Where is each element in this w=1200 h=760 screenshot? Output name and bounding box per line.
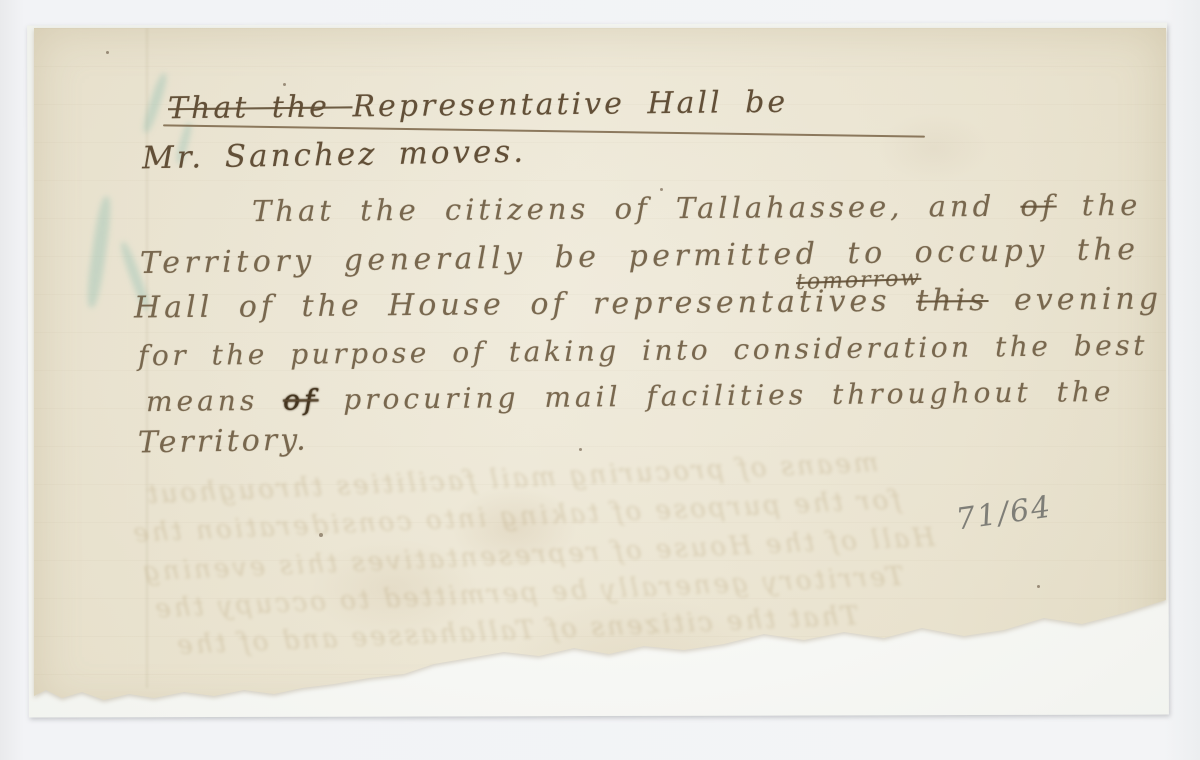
line-text: Hall of the House of representatives xyxy=(134,284,916,326)
blotted-struck-text: of xyxy=(283,383,319,416)
line-text: Territory. xyxy=(138,423,309,461)
struck-text: of xyxy=(1020,188,1056,222)
foxing-speck xyxy=(106,51,109,54)
struck-text: this xyxy=(916,283,989,319)
teal-smudge xyxy=(84,196,113,309)
handwriting-line-8: Territory. xyxy=(138,423,309,461)
struck-text: That the xyxy=(168,89,353,126)
handwriting-line-1: That the Representative Hall be xyxy=(168,85,789,126)
line-text: means xyxy=(146,384,283,418)
foxing-speck xyxy=(1037,585,1040,588)
handwriting-line-3: That the citizens of Tallahassee, and of… xyxy=(252,188,1142,228)
document-scan: means of procuring mail facilities throu… xyxy=(0,0,1200,760)
handwriting-line-2: Mr. Sanchez moves. xyxy=(142,134,527,177)
line-text: That the citizens of Tallahassee, and xyxy=(252,189,1021,228)
line-text: evening xyxy=(988,282,1162,319)
foxing-speck xyxy=(579,448,582,451)
bleed-through-line: Mr. Sanchez moves xyxy=(425,643,732,686)
line-text: Representative Hall be xyxy=(352,85,788,125)
foxing-speck xyxy=(283,83,286,86)
line-text: Mr. Sanchez moves. xyxy=(142,134,527,177)
line-text: the xyxy=(1057,188,1142,223)
